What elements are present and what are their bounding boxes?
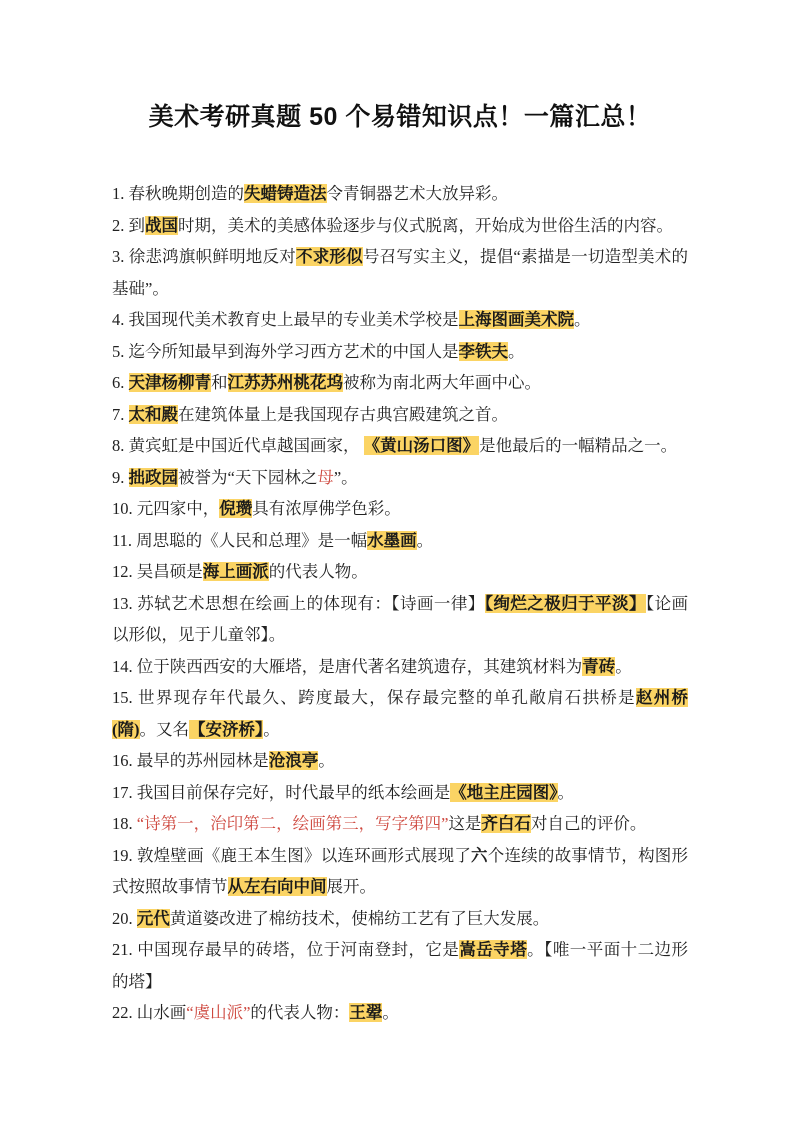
document-title: 美术考研真题 50 个易错知识点！一篇汇总！	[112, 100, 688, 134]
document-page: 美术考研真题 50 个易错知识点！一篇汇总！ 1. 春秋晚期创造的失蜡铸造法令青…	[0, 0, 800, 1132]
text-run: 13. 苏轼艺术思想在绘画上的体现有：【诗画一律】	[112, 594, 485, 613]
text-run: 1. 春秋晚期创造的	[112, 184, 244, 203]
list-item: 21. 中国现存最早的砖塔，位于河南登封，它是嵩岳寺塔。【唯一平面十二边形的塔】	[112, 934, 688, 997]
highlighted-term: 江苏苏州桃花坞	[228, 373, 344, 392]
text-run: 。	[417, 531, 434, 550]
highlighted-term: 沧浪亭	[269, 751, 319, 770]
text-run: 是他最后的一幅精品之一。	[479, 436, 677, 455]
text-run: 7.	[112, 405, 129, 424]
text-run: 。	[263, 720, 280, 739]
text-run: 15. 世界现存年代最久、跨度最大，保存最完整的单孔敞肩石拱桥是	[112, 688, 636, 707]
text-run: 这是	[448, 814, 481, 833]
list-item: 6. 天津杨柳青和江苏苏州桃花坞被称为南北两大年画中心。	[112, 367, 688, 399]
list-item: 16. 最早的苏州园林是沧浪亭。	[112, 745, 688, 777]
text-run: 18.	[112, 814, 137, 833]
highlighted-term: 失蜡铸造法	[244, 184, 327, 203]
text-run: 展开。	[327, 877, 377, 896]
list-item: 11. 周思聪的《人民和总理》是一幅水墨画。	[112, 525, 688, 557]
text-run: 被誉为“天下园林之	[178, 468, 317, 487]
text-run: 黄道婆改进了棉纺技术，使棉纺工艺有了巨大发展。	[170, 909, 550, 928]
highlighted-term: 倪瓒	[219, 499, 252, 518]
text-run: 被称为南北两大年画中心。	[343, 373, 541, 392]
text-run: 。又名	[140, 720, 190, 739]
list-item: 22. 山水画“虞山派”的代表人物：王翚。	[112, 997, 688, 1029]
text-run: 19. 敦煌壁画《鹿王本生图》以连环画形式展现了	[112, 846, 471, 865]
text-run: 20.	[112, 909, 137, 928]
highlighted-term: 海上画派	[203, 562, 269, 581]
list-item: 8. 黄宾虹是中国近代卓越国画家， 《黄山汤口图》是他最后的一幅精品之一。	[112, 430, 688, 462]
highlighted-term: 太和殿	[129, 405, 179, 424]
text-run: 。	[382, 1003, 399, 1022]
highlighted-term: 天津杨柳青	[129, 373, 212, 392]
knowledge-point-list: 1. 春秋晚期创造的失蜡铸造法令青铜器艺术大放异彩。2. 到战国时期，美术的美感…	[112, 178, 688, 1029]
list-item: 10. 元四家中，倪瓒具有浓厚佛学色彩。	[112, 493, 688, 525]
text-run: 3. 徐悲鸿旗帜鲜明地反对	[112, 247, 296, 266]
bold-text: 六	[471, 846, 488, 865]
list-item: 19. 敦煌壁画《鹿王本生图》以连环画形式展现了六个连续的故事情节，构图形式按照…	[112, 840, 688, 903]
red-text: “诗第一，治印第二，绘画第三，写字第四”	[137, 814, 449, 833]
list-item: 1. 春秋晚期创造的失蜡铸造法令青铜器艺术大放异彩。	[112, 178, 688, 210]
text-run: 令青铜器艺术大放异彩。	[327, 184, 509, 203]
text-run: 11. 周思聪的《人民和总理》是一幅	[112, 531, 367, 550]
text-run: 的代表人物。	[269, 562, 368, 581]
highlighted-term: 战国	[145, 216, 178, 235]
highlighted-term: 拙政园	[129, 468, 179, 487]
text-run: 10. 元四家中，	[112, 499, 219, 518]
text-run: 6.	[112, 373, 129, 392]
text-run: 9.	[112, 468, 129, 487]
text-run: 和	[211, 373, 228, 392]
highlighted-term: 上海图画美术院	[459, 310, 575, 329]
highlighted-term: 《地主庄园图》	[450, 783, 557, 802]
text-run: 12. 吴昌硕是	[112, 562, 203, 581]
highlighted-term: 李铁夫	[459, 342, 509, 361]
highlighted-term: 【安济桥】	[189, 720, 263, 739]
highlighted-term: 青砖	[582, 657, 615, 676]
list-item: 12. 吴昌硕是海上画派的代表人物。	[112, 556, 688, 588]
text-run: 16. 最早的苏州园林是	[112, 751, 269, 770]
list-item: 18. “诗第一，治印第二，绘画第三，写字第四”这是齐白石对自己的评价。	[112, 808, 688, 840]
red-text: “虞山派”	[186, 1003, 250, 1022]
highlighted-term: 嵩岳寺塔	[459, 940, 527, 959]
list-item: 9. 拙政园被誉为“天下园林之母”。	[112, 462, 688, 494]
text-run: 22. 山水画	[112, 1003, 186, 1022]
text-run: 8. 黄宾虹是中国近代卓越国画家，	[112, 436, 364, 455]
highlighted-term: 齐白石	[481, 814, 531, 833]
highlighted-term: 从左右向中间	[228, 877, 327, 896]
list-item: 7. 太和殿在建筑体量上是我国现存古典宫殿建筑之首。	[112, 399, 688, 431]
text-run: 2. 到	[112, 216, 145, 235]
highlighted-term: 元代	[137, 909, 170, 928]
text-run: ”。	[334, 468, 358, 487]
highlighted-term: 【绚烂之极归于平淡】	[485, 594, 646, 613]
highlighted-term: 水墨画	[367, 531, 417, 550]
text-run: 21. 中国现存最早的砖塔，位于河南登封，它是	[112, 940, 459, 959]
text-run: 。	[508, 342, 525, 361]
list-item: 4. 我国现代美术教育史上最早的专业美术学校是上海图画美术院。	[112, 304, 688, 336]
list-item: 20. 元代黄道婆改进了棉纺技术，使棉纺工艺有了巨大发展。	[112, 903, 688, 935]
list-item: 14. 位于陕西西安的大雁塔，是唐代著名建筑遗存，其建筑材料为青砖。	[112, 651, 688, 683]
list-item: 13. 苏轼艺术思想在绘画上的体现有：【诗画一律】【绚烂之极归于平淡】【论画以形…	[112, 588, 688, 651]
text-run: 。	[318, 751, 335, 770]
text-run: 具有浓厚佛学色彩。	[252, 499, 401, 518]
text-run: 对自己的评价。	[531, 814, 647, 833]
text-run: 4. 我国现代美术教育史上最早的专业美术学校是	[112, 310, 459, 329]
text-run: 时期，美术的美感体验逐步与仪式脱离，开始成为世俗生活的内容。	[178, 216, 673, 235]
text-run: 。	[558, 783, 575, 802]
highlighted-term: 王翚	[349, 1003, 382, 1022]
list-item: 3. 徐悲鸿旗帜鲜明地反对不求形似号召写实主义，提倡“素描是一切造型美术的基础”…	[112, 241, 688, 304]
red-text: 母	[317, 468, 334, 487]
list-item: 17. 我国目前保存完好，时代最早的纸本绘画是《地主庄园图》。	[112, 777, 688, 809]
list-item: 15. 世界现存年代最久、跨度最大，保存最完整的单孔敞肩石拱桥是赵州桥(隋)。又…	[112, 682, 688, 745]
text-run: 。	[615, 657, 632, 676]
text-run: 的代表人物：	[250, 1003, 349, 1022]
highlighted-term: 《黄山汤口图》	[364, 436, 480, 455]
text-run: 在建筑体量上是我国现存古典宫殿建筑之首。	[178, 405, 508, 424]
text-run: 。	[574, 310, 591, 329]
text-run: 14. 位于陕西西安的大雁塔，是唐代著名建筑遗存，其建筑材料为	[112, 657, 582, 676]
highlighted-term: 不求形似	[296, 247, 363, 266]
list-item: 5. 迄今所知最早到海外学习西方艺术的中国人是李铁夫。	[112, 336, 688, 368]
text-run: 17. 我国目前保存完好，时代最早的纸本绘画是	[112, 783, 450, 802]
text-run: 5. 迄今所知最早到海外学习西方艺术的中国人是	[112, 342, 459, 361]
list-item: 2. 到战国时期，美术的美感体验逐步与仪式脱离，开始成为世俗生活的内容。	[112, 210, 688, 242]
